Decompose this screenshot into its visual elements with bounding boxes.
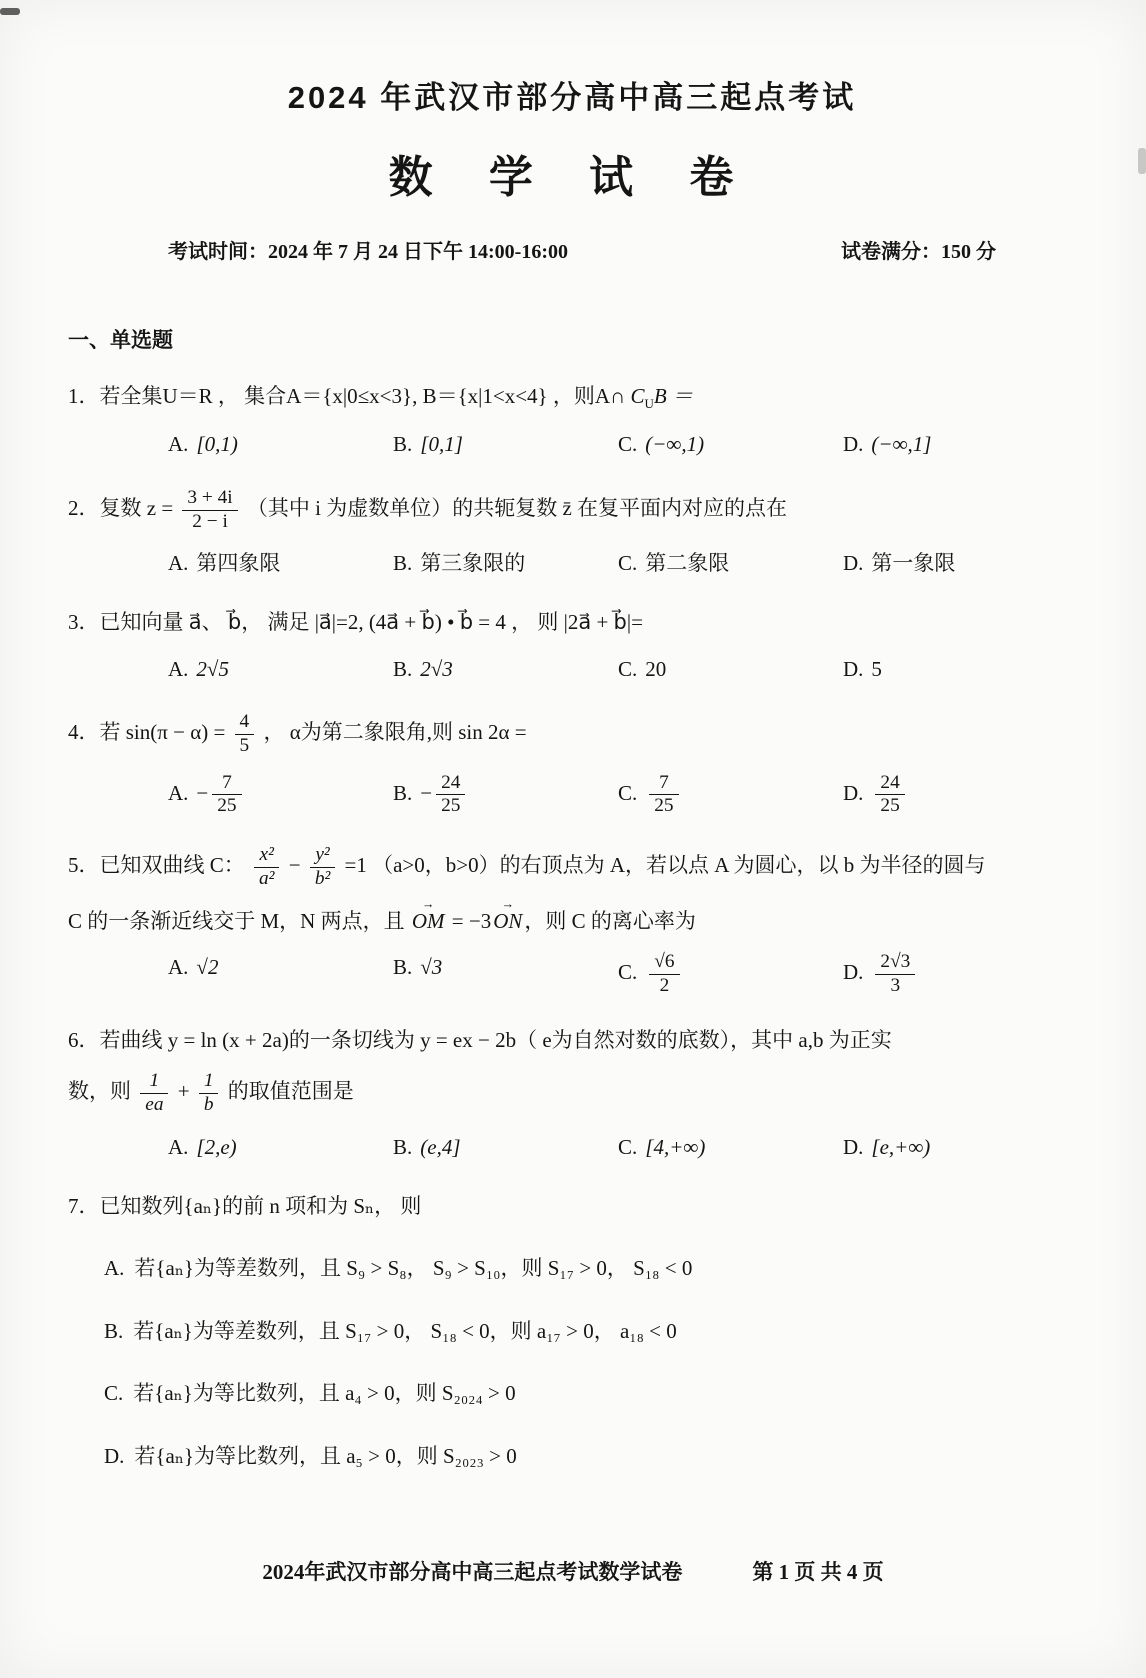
fraction-numerator: y² [310,844,335,868]
option-value: 若{aₙ}为等比数列，且 a₅ > 0，则 S₂₀₂₃ > 0 [134,1444,516,1468]
option-value: 第四象限 [196,551,280,575]
option-d: D.[e,+∞) [843,1131,1068,1164]
fraction-numerator: 24 [875,772,904,796]
fraction: 2425 [875,772,904,819]
option-label: D. [843,781,863,805]
fraction: √62 [649,951,679,998]
option-value: 若{aₙ}为等差数列，且 S₁₇ > 0， S₁₈ < 0，则 a₁₇ > 0，… [133,1319,677,1343]
question-2-text-end: （其中 i 为虚数单位）的共轭复数 z̄ 在复平面内对应的点在 [247,496,787,520]
fraction: 725 [212,772,241,819]
fraction-numerator: √6 [649,951,679,975]
option-b: B.第三象限的 [393,547,618,580]
fraction: 2425 [436,772,465,819]
fraction-denominator: 25 [649,795,678,818]
option-d: D.2425 [843,772,1068,819]
footer-page-number: 第 1 页 共 4 页 [752,1556,883,1586]
option-value: 5 [871,657,882,681]
option-value: 第一象限 [871,551,955,575]
option-label: B. [393,1135,412,1159]
complement-subscript: U [644,396,653,411]
exam-paper-page: 2024 年武汉市部分高中高三起点考试 数 学 试 卷 考试时间：2024 年 … [0,0,1146,1678]
vector-on: ON [493,905,522,938]
fraction: y²b² [310,844,335,891]
fraction-numerator: 1 [140,1070,168,1094]
question-1-text-end: B ＝ [654,384,693,408]
question-4: 4．若 sin(π − α) = 45 ， α为第二象限角,则 sin 2α =… [68,711,1076,818]
option-value: 第三象限的 [420,551,525,575]
fraction-denominator: 2 [649,975,679,998]
option-value: √2 [196,955,218,979]
question-4-stem: 4．若 sin(π − α) = 45 ， α为第二象限角,则 sin 2α = [68,711,1076,758]
question-2-options: A.第四象限 B.第三象限的 C.第二象限 D.第一象限 [68,547,1068,580]
option-value: [e,+∞) [871,1135,930,1159]
option-value: 第二象限 [645,551,729,575]
question-1-stem: 1．若全集U＝R ， 集合A＝{x|0≤x<3}, B＝{x|1<x<4} ，则… [68,380,1076,414]
option-value: 2√5 [196,657,229,681]
fraction-numerator: 3 + 4i [182,487,237,511]
question-5-text-mid: =1 （a>0，b>0）的右顶点为 A，若以点 A 为圆心，以 b 为半径的圆与 [345,853,986,877]
question-2-text: 2．复数 z = [68,496,173,520]
option-value: 20 [645,657,666,681]
option-label: B. [393,955,412,979]
question-5-text4: ，则 C 的离心率为 [524,909,696,933]
question-3-stem: 3．已知向量 a⃗、 b⃗， 满足 |a⃗|=2, (4a⃗ + b⃗) • b… [68,606,1076,639]
option-value: (−∞,1] [871,432,931,456]
scan-artifact [0,8,20,15]
option-label: C. [618,1135,637,1159]
fraction: 3 + 4i2 − i [182,487,237,534]
fraction-denominator: b [199,1094,219,1117]
section-heading: 一、单选题 [68,324,1076,354]
fraction-denominator: 25 [436,795,465,818]
option-b: B.若{aₙ}为等差数列，且 S₁₇ > 0， S₁₈ < 0，则 a₁₇ > … [104,1315,1076,1348]
page-footer: 2024年武汉市部分高中高三起点考试数学试卷 第 1 页 共 4 页 [0,1556,1146,1586]
minus-sign: − [420,781,432,805]
option-label: A. [168,432,188,456]
minus-sign: − [196,781,208,805]
option-value: [0,1) [196,432,237,456]
fraction-numerator: 4 [235,711,255,735]
option-value: (−∞,1) [645,432,704,456]
fraction-denominator: a² [254,868,279,891]
option-label: A. [104,1256,124,1280]
question-5: 5．已知双曲线 C： x²a² − y²b² =1 （a>0，b>0）的右顶点为… [68,844,1076,998]
fraction-denominator: 3 [875,975,915,998]
question-3-text: 3．已知向量 a⃗、 b⃗， 满足 |a⃗|=2, (4a⃗ + b⃗) • b… [68,610,643,634]
option-label: B. [104,1319,123,1343]
option-value: 2√3 [420,657,453,681]
option-a: A.若{aₙ}为等差数列，且 S₉ > S₈， S₉ > S₁₀，则 S₁₇ >… [104,1252,1076,1285]
option-label: C. [618,781,637,805]
option-value: (e,4] [420,1135,460,1159]
option-d: D.第一象限 [843,547,1068,580]
paper-subtitle: 数 学 试 卷 [68,141,1076,205]
option-label: A. [168,955,188,979]
page-content: 2024 年武汉市部分高中高三起点考试 数 学 试 卷 考试时间：2024 年 … [0,0,1146,1472]
option-label: A. [168,657,188,681]
option-value: 若{aₙ}为等差数列，且 S₉ > S₈， S₉ > S₁₀，则 S₁₇ > 0… [134,1256,692,1280]
option-d: D.若{aₙ}为等比数列，且 a₅ > 0，则 S₂₀₂₃ > 0 [104,1440,1076,1473]
question-3: 3．已知向量 a⃗、 b⃗， 满足 |a⃗|=2, (4a⃗ + b⃗) • b… [68,606,1076,685]
fraction-denominator: 5 [235,735,255,758]
fraction-denominator: ea [140,1094,168,1117]
option-label: D. [843,1135,863,1159]
option-value: [0,1] [420,432,463,456]
question-4-text-end: ， α为第二象限角,则 sin 2α = [263,720,526,744]
question-7-text: 7．已知数列{aₙ}的前 n 项和为 Sₙ， 则 [68,1194,421,1218]
option-a: A.−725 [168,772,393,819]
footer-title: 2024年武汉市部分高中高三起点考试数学试卷 [262,1556,682,1586]
option-label: C. [618,432,637,456]
fraction-denominator: 25 [875,795,904,818]
option-c: C.√62 [618,951,843,998]
fraction-numerator: 7 [212,772,241,796]
fraction-numerator: 2√3 [875,951,915,975]
fraction: 2√33 [875,951,915,998]
option-a: A.2√5 [168,653,393,686]
vector-om: OM [412,905,445,938]
exam-meta: 考试时间：2024 年 7 月 24 日下午 14:00-16:00 试卷满分：… [168,235,996,264]
question-1-text: 1．若全集U＝R ， 集合A＝{x|0≤x<3}, B＝{x|1<x<4} ，则… [68,384,630,408]
question-6-text2: 数，则 [68,1080,131,1104]
fraction-numerator: 1 [199,1070,219,1094]
option-b: B.2√3 [393,653,618,686]
fraction-denominator: 2 − i [182,511,237,534]
option-c: C.20 [618,653,843,686]
option-label: D. [843,551,863,575]
option-label: D. [843,657,863,681]
fraction: 1b [199,1070,219,1117]
scan-artifact [1138,148,1146,174]
option-label: A. [168,551,188,575]
fraction: 45 [235,711,255,758]
option-value: [2,e) [196,1135,236,1159]
question-5-text2: C 的一条渐近线交于 M，N 两点，且 [68,909,410,933]
exam-time: 考试时间：2024 年 7 月 24 日下午 14:00-16:00 [168,235,568,264]
option-c: C.[4,+∞) [618,1131,843,1164]
option-c: C.第二象限 [618,547,843,580]
question-4-options: A.−725 B.−2425 C.725 D.2425 [68,772,1068,819]
option-d: D.(−∞,1] [843,428,1068,461]
option-label: A. [168,781,188,805]
question-6-text: 6．若曲线 y = ln (x + 2a)的一条切线为 y = ex − 2b（… [68,1028,892,1052]
option-c: C.(−∞,1) [618,428,843,461]
question-6-stem: 6．若曲线 y = ln (x + 2a)的一条切线为 y = ex − 2b（… [68,1024,1076,1117]
plus-sign: + [178,1080,190,1104]
question-7: 7．已知数列{aₙ}的前 n 项和为 Sₙ， 则 A.若{aₙ}为等差数列，且 … [68,1190,1076,1473]
option-label: C. [618,551,637,575]
option-c: C.725 [618,772,843,819]
option-label: C. [618,960,637,984]
option-a: A.[0,1) [168,428,393,461]
fraction-numerator: x² [254,844,279,868]
option-value: 若{aₙ}为等比数列，且 a₄ > 0，则 S₂₀₂₄ > 0 [133,1381,515,1405]
question-5-text: 5．已知双曲线 C： [68,853,245,877]
option-value: [4,+∞) [645,1135,705,1159]
option-label: B. [393,657,412,681]
fraction: x²a² [254,844,279,891]
option-label: B. [393,432,412,456]
option-d: D.5 [843,653,1068,686]
question-5-text3: = −3 [447,909,492,933]
question-6: 6．若曲线 y = ln (x + 2a)的一条切线为 y = ex − 2b（… [68,1024,1076,1164]
question-1-options: A.[0,1) B.[0,1] C.(−∞,1) D.(−∞,1] [68,428,1068,461]
option-label: C. [104,1381,123,1405]
question-5-options: A.√2 B.√3 C.√62 D.2√33 [68,951,1068,998]
option-label: D. [843,432,863,456]
full-score: 试卷满分：150 分 [841,235,996,264]
option-label: D. [104,1444,124,1468]
question-5-line2: C 的一条渐近线交于 M，N 两点，且 OM = −3ON，则 C 的离心率为 [68,905,1076,938]
question-6-options: A.[2,e) B.(e,4] C.[4,+∞) D.[e,+∞) [68,1131,1068,1164]
exam-title: 2024 年武汉市部分高中高三起点考试 [68,72,1076,117]
fraction-numerator: 7 [649,772,678,796]
option-a: A.√2 [168,951,393,998]
question-2: 2．复数 z = 3 + 4i2 − i （其中 i 为虚数单位）的共轭复数 z… [68,487,1076,580]
option-b: B.−2425 [393,772,618,819]
question-1: 1．若全集U＝R ， 集合A＝{x|0≤x<3}, B＝{x|1<x<4} ，则… [68,380,1076,461]
complement-symbol: C [630,384,644,408]
option-label: A. [168,1135,188,1159]
question-7-stem: 7．已知数列{aₙ}的前 n 项和为 Sₙ， 则 [68,1190,1076,1223]
fraction-numerator: 24 [436,772,465,796]
question-5-stem: 5．已知双曲线 C： x²a² − y²b² =1 （a>0，b>0）的右顶点为… [68,844,1076,937]
option-b: B.[0,1] [393,428,618,461]
option-label: B. [393,551,412,575]
option-b: B.(e,4] [393,1131,618,1164]
question-2-stem: 2．复数 z = 3 + 4i2 − i （其中 i 为虚数单位）的共轭复数 z… [68,487,1076,534]
option-d: D.2√33 [843,951,1068,998]
option-label: B. [393,781,412,805]
question-3-options: A.2√5 B.2√3 C.20 D.5 [68,653,1068,686]
question-6-line2: 数，则 1ea + 1b 的取值范围是 [68,1070,1076,1117]
fraction-denominator: b² [310,868,335,891]
question-6-text3: 的取值范围是 [228,1080,354,1104]
option-a: A.[2,e) [168,1131,393,1164]
option-label: D. [843,960,863,984]
minus-sign: − [289,853,301,877]
fraction: 725 [649,772,678,819]
question-7-options: A.若{aₙ}为等差数列，且 S₉ > S₈， S₉ > S₁₀，则 S₁₇ >… [68,1252,1076,1472]
option-value: √3 [420,955,442,979]
option-label: C. [618,657,637,681]
option-b: B.√3 [393,951,618,998]
fraction-denominator: 25 [212,795,241,818]
option-a: A.第四象限 [168,547,393,580]
option-c: C.若{aₙ}为等比数列，且 a₄ > 0，则 S₂₀₂₄ > 0 [104,1377,1076,1410]
question-4-text: 4．若 sin(π − α) = [68,720,225,744]
fraction: 1ea [140,1070,168,1117]
